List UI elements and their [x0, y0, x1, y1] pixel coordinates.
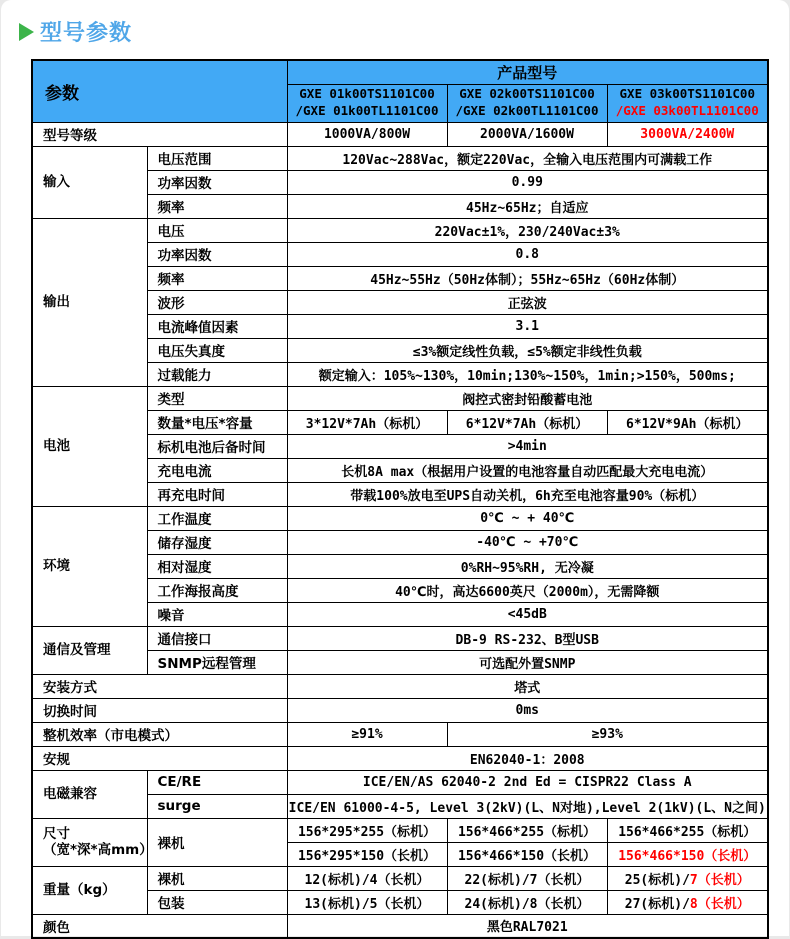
param-label-cell: 型号等级: [32, 122, 287, 146]
param-label-cell: 工作温度: [147, 506, 287, 530]
value-cell: 40℃时，高达6600英尺（2000m），无需降额: [287, 578, 768, 602]
section-label-cell: 尺寸（宽*深*高mm）: [32, 818, 147, 866]
value-cell: 22(标机)/7（长机）: [447, 866, 607, 890]
value-cell: 45Hz~55Hz（50Hz体制）；55Hz~65Hz（60Hz体制）: [287, 266, 768, 290]
param-label-cell: surge: [147, 794, 287, 818]
value-cell: >4min: [287, 434, 768, 458]
param-label-cell: 类型: [147, 386, 287, 410]
param-label-cell: 充电电流: [147, 458, 287, 482]
param-label-cell: 储存湿度: [147, 530, 287, 554]
param-label-cell: 通信接口: [147, 626, 287, 650]
value-cell: 3.1: [287, 314, 768, 338]
param-label-cell: 安规: [32, 746, 287, 770]
param-label-cell: 过载能力: [147, 362, 287, 386]
value-cell: 27(标机)/8（长机）: [607, 890, 768, 914]
table-row: 电池类型阀控式密封铅酸蓄电池: [32, 386, 768, 410]
param-label-cell: 数量*电压*容量: [147, 410, 287, 434]
table-row: 电磁兼容CE/REICE/EN/AS 62040-2 2nd Ed = CISP…: [32, 770, 768, 794]
value-cell: 6*12V*7Ah（标机）: [447, 410, 607, 434]
value-cell: 0ms: [287, 698, 768, 722]
param-label-cell: 裸机: [147, 866, 287, 890]
table-row: 安装方式塔式: [32, 674, 768, 698]
value-cell: 156*466*255（标机）: [447, 818, 607, 842]
param-label-cell: 再充电时间: [147, 482, 287, 506]
param-label-cell: 安装方式: [32, 674, 287, 698]
param-label-cell: 频率: [147, 194, 287, 218]
model-header-cell: GXE 01k00TS1101C00/GXE 01k00TL1101C00: [287, 84, 447, 122]
value-cell: 6*12V*9Ah（标机）: [607, 410, 768, 434]
value-cell: 塔式: [287, 674, 768, 698]
param-label-cell: SNMP远程管理: [147, 650, 287, 674]
table-header-row: 参数产品型号: [32, 60, 768, 84]
param-label-cell: 电压: [147, 218, 287, 242]
value-cell: 0.99: [287, 170, 768, 194]
param-label-cell: 标机电池后备时间: [147, 434, 287, 458]
param-label-cell: 噪音: [147, 602, 287, 626]
section-label-cell: 重量（kg）: [32, 866, 147, 914]
table-row: 切换时间0ms: [32, 698, 768, 722]
value-cell: 25(标机)/7（长机）: [607, 866, 768, 890]
param-label-cell: 相对湿度: [147, 554, 287, 578]
table-row: 通信及管理通信接口DB-9 RS-232、B型USB: [32, 626, 768, 650]
value-cell: 156*466*150（长机）: [447, 842, 607, 866]
table-row: 输出电压220Vac±1%，230/240Vac±3%: [32, 218, 768, 242]
model-header-cell: GXE 03k00TS1101C00/GXE 03k00TL1101C00: [607, 84, 768, 122]
table-row: 型号等级1000VA/800W2000VA/1600W3000VA/2400W: [32, 122, 768, 146]
param-label-cell: 功率因数: [147, 242, 287, 266]
param-header-cell: 参数: [32, 60, 287, 122]
value-cell: ≥93%: [447, 722, 768, 746]
value-cell: EN62040-1：2008: [287, 746, 768, 770]
value-cell: 正弦波: [287, 290, 768, 314]
section-label-cell: 通信及管理: [32, 626, 147, 674]
model-header-cell: GXE 02k00TS1101C00/GXE 02k00TL1101C00: [447, 84, 607, 122]
value-cell: 12(标机)/4（长机）: [287, 866, 447, 890]
param-label-cell: 电流峰值因素: [147, 314, 287, 338]
table-row: 环境工作温度0℃ ~ + 40℃: [32, 506, 768, 530]
spec-table: 参数产品型号GXE 01k00TS1101C00/GXE 01k00TL1101…: [31, 59, 769, 939]
value-cell: ICE/EN/AS 62040-2 2nd Ed = CISPR22 Class…: [287, 770, 768, 794]
value-cell: 156*466*150（长机）: [607, 842, 768, 866]
table-row: 尺寸（宽*深*高mm）裸机156*295*255（标机）156*466*255（…: [32, 818, 768, 842]
value-cell: 阀控式密封铅酸蓄电池: [287, 386, 768, 410]
value-cell: 0%RH~95%RH, 无冷凝: [287, 554, 768, 578]
param-label-cell: 颜色: [32, 914, 287, 938]
product-header-cell: 产品型号: [287, 60, 768, 84]
page-title: 型号参数: [40, 16, 132, 47]
param-label-cell: 电压失真度: [147, 338, 287, 362]
param-label-cell: 整机效率（市电模式）: [32, 722, 287, 746]
table-row: 重量（kg）裸机12(标机)/4（长机）22(标机)/7（长机）25(标机)/7…: [32, 866, 768, 890]
param-label-cell: 功率因数: [147, 170, 287, 194]
param-label-cell: 裸机: [147, 818, 287, 866]
section-label-cell: 电池: [32, 386, 147, 506]
param-label-cell: 波形: [147, 290, 287, 314]
value-cell: 3000VA/2400W: [607, 122, 768, 146]
table-row: 颜色黑色RAL7021: [32, 914, 768, 938]
value-cell: 13(标机)/5（长机）: [287, 890, 447, 914]
value-cell: 0.8: [287, 242, 768, 266]
value-cell: 156*295*150（长机）: [287, 842, 447, 866]
value-cell: 120Vac~288Vac，额定220Vac，全输入电压范围内可满载工作: [287, 146, 768, 170]
value-cell: 带载100%放电至UPS自动关机，6h充至电池容量90%（标机）: [287, 482, 768, 506]
param-label-cell: 频率: [147, 266, 287, 290]
value-cell: 156*466*255（标机）: [607, 818, 768, 842]
value-cell: 长机8A max（根据用户设置的电池容量自动匹配最大充电电流）: [287, 458, 768, 482]
value-cell: ICE/EN 61000-4-5, Level 3(2kV)(L、N对地),Le…: [287, 794, 768, 818]
value-cell: 黑色RAL7021: [287, 914, 768, 938]
param-label-cell: CE/RE: [147, 770, 287, 794]
param-label-cell: 工作海报高度: [147, 578, 287, 602]
value-cell: <45dB: [287, 602, 768, 626]
value-cell: -40℃ ~ +70℃: [287, 530, 768, 554]
table-row: 整机效率（市电模式）≥91%≥93%: [32, 722, 768, 746]
value-cell: 2000VA/1600W: [447, 122, 607, 146]
value-cell: ≤3%额定线性负载，≤5%额定非线性负载: [287, 338, 768, 362]
value-cell: 额定输入：105%~130%，10min;130%~150%，1min;>150…: [287, 362, 768, 386]
param-label-cell: 包装: [147, 890, 287, 914]
page-card: 型号参数 参数产品型号GXE 01k00TS1101C00/GXE 01k00T…: [1, 0, 789, 936]
value-cell: 220Vac±1%，230/240Vac±3%: [287, 218, 768, 242]
value-cell: ≥91%: [287, 722, 447, 746]
value-cell: DB-9 RS-232、B型USB: [287, 626, 768, 650]
param-label-cell: 电压范围: [147, 146, 287, 170]
value-cell: 3*12V*7Ah（标机）: [287, 410, 447, 434]
value-cell: 可选配外置SNMP: [287, 650, 768, 674]
section-header: 型号参数: [19, 16, 789, 47]
section-label-cell: 输入: [32, 146, 147, 218]
arrow-right-icon: [19, 23, 34, 41]
table-row: 输入电压范围120Vac~288Vac，额定220Vac，全输入电压范围内可满载…: [32, 146, 768, 170]
param-label-cell: 切换时间: [32, 698, 287, 722]
section-label-cell: 电磁兼容: [32, 770, 147, 818]
value-cell: 24(标机)/8（长机）: [447, 890, 607, 914]
section-label-cell: 环境: [32, 506, 147, 626]
value-cell: 45Hz~65Hz；自适应: [287, 194, 768, 218]
value-cell: 156*295*255（标机）: [287, 818, 447, 842]
value-cell: 0℃ ~ + 40℃: [287, 506, 768, 530]
section-label-cell: 输出: [32, 218, 147, 386]
table-row: 安规EN62040-1：2008: [32, 746, 768, 770]
value-cell: 1000VA/800W: [287, 122, 447, 146]
